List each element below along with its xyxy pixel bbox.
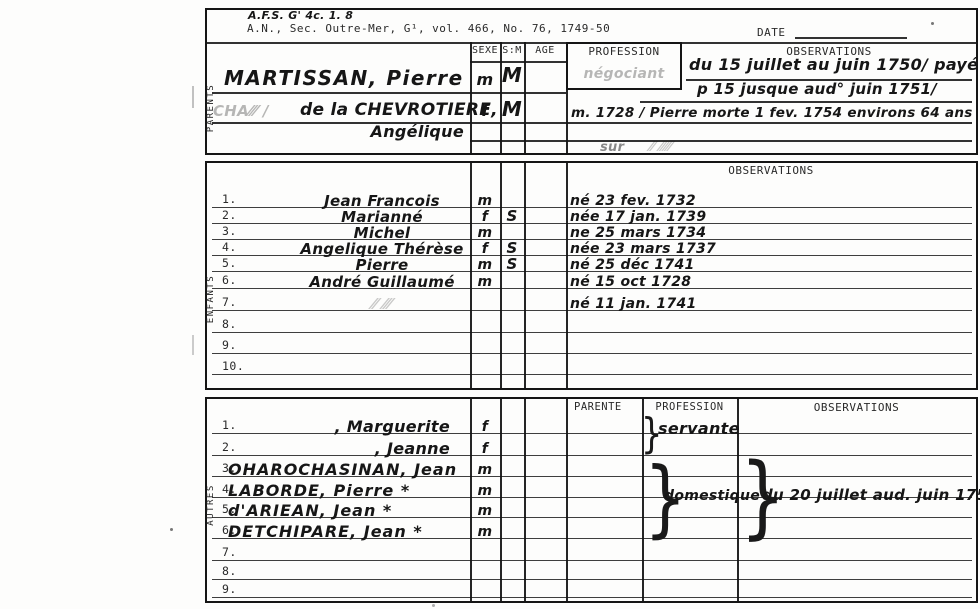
child-name: André Guillaumé: [262, 273, 502, 291]
sexe-value: m: [470, 274, 500, 290]
row-number: 7.: [222, 295, 237, 309]
father-sexe-value: m: [470, 70, 500, 89]
observation-value: né 11 jan. 1741: [570, 296, 697, 312]
row-number: 8.: [222, 564, 237, 578]
row-number: 5.: [222, 256, 237, 270]
table-row-enfant-8: 8.: [212, 315, 972, 333]
col-header-observations-autres: OBSERVATIONS: [737, 401, 976, 414]
obs-rule: [640, 101, 972, 103]
scanned-census-form: A.F.S. G' 4c. 1. 8 A.N., Sec. Outre-Mer,…: [0, 0, 980, 609]
mother-name: de la CHEVROTIERE,: [300, 100, 498, 120]
mother-name-faded-prefix: CHA⁄⁄⁄ /: [213, 102, 269, 120]
sexe-value: m: [470, 524, 500, 540]
row-number: 8.: [222, 317, 237, 331]
mother-observation: m. 1728 / Pierre morte 1 fev. 1754 envir…: [571, 105, 973, 121]
table-row-autre-1: 1. , Marguerite f: [212, 414, 972, 434]
person-name: , Marguerite: [232, 417, 450, 436]
row-number: 1.: [222, 192, 237, 206]
father-name: MARTISSAN, Pierre: [224, 66, 464, 90]
scan-speckle: [432, 604, 435, 607]
profession-group-servante: servante: [658, 419, 740, 438]
table-row-enfant-6: 6. André Guillaumé m né 15 oct 1728: [212, 271, 972, 289]
faint-scribble: ⁄⁄ ⁄⁄⁄⁄⁄: [650, 140, 672, 155]
father-etat-value: M: [500, 63, 524, 87]
person-name: DETCHIPARE, Jean *: [228, 522, 423, 541]
row-number: 2.: [222, 208, 237, 222]
col-header-age: AGE: [524, 45, 566, 56]
stray-mark: [192, 86, 194, 108]
enfants-observations-header: OBSERVATIONS: [566, 164, 976, 177]
col-header-sm: S:M: [500, 45, 524, 56]
sexe-value: f: [470, 419, 500, 435]
rule: [470, 140, 972, 142]
grid-line: [470, 42, 472, 155]
rule: [212, 122, 972, 124]
col-header-parente: PARENTE: [574, 401, 622, 413]
date-label: DATE: [757, 26, 786, 39]
col-header-sexe: SEXE: [470, 45, 500, 56]
date-blank-line: [795, 37, 907, 39]
table-row-autre-7: 7.: [212, 541, 972, 561]
table-row-autre-9: 9.: [212, 578, 972, 598]
table-row-enfant-7: 7. ⁄⁄ ⁄⁄⁄ né 11 jan. 1741: [212, 293, 972, 311]
row-number: 9.: [222, 338, 237, 352]
row-number: 3.: [222, 224, 237, 238]
child-name-faded: ⁄⁄ ⁄⁄⁄: [262, 295, 502, 313]
father-profession-value: négociant: [566, 66, 682, 82]
table-row-autre-3: 3. OHAROCHASINAN, Jean m: [212, 457, 972, 477]
row-number: 6.: [222, 273, 237, 287]
grid-line: [524, 42, 526, 155]
row-number: 10.: [222, 359, 244, 373]
table-row-autre-2: 2. , Jeanne f: [212, 436, 972, 456]
table-row-enfant-9: 9.: [212, 336, 972, 354]
table-row-autre-8: 8.: [212, 560, 972, 580]
sexe-value: f: [470, 441, 500, 457]
faint-note: sur: [600, 140, 624, 155]
sexe-value: m: [470, 503, 500, 519]
table-row-enfant-5: 5. Pierre m S né 25 déc 1741: [212, 254, 972, 272]
archive-ref-handwritten: A.F.S. G' 4c. 1. 8: [248, 9, 353, 22]
sexe-value: m: [470, 462, 500, 478]
father-observation-line2: p 15 jusque aud° juin 1751/: [697, 80, 937, 98]
row-number: 4.: [222, 240, 237, 254]
mother-firstname: Angélique: [358, 122, 464, 141]
archive-ref-typed: A.N., Sec. Outre-Mer, G¹, vol. 466, No. …: [247, 22, 610, 35]
col-header-profession: PROFESSION: [566, 45, 682, 58]
stray-mark: [192, 335, 194, 355]
observation-group-value: du 20 juillet aud. juin 1750: [762, 486, 980, 504]
table-row-autre-6: 6. DETCHIPARE, Jean * m: [212, 519, 972, 539]
sexe-value: m: [470, 483, 500, 499]
table-row-enfant-10: 10.: [212, 357, 972, 375]
person-name: d'ARIEAN, Jean *: [228, 501, 392, 520]
row-number: 9.: [222, 582, 237, 596]
mother-etat-value: M: [500, 97, 524, 121]
person-name: OHAROCHASINAN, Jean: [228, 460, 457, 479]
row-number: 7.: [222, 545, 237, 559]
name-rule: [212, 92, 566, 94]
father-observation-line1: du 15 juillet au juin 1750/ payé: [689, 55, 978, 74]
mother-sexe-value: f: [470, 101, 500, 120]
person-name: , Jeanne: [232, 439, 450, 458]
observation-value: né 15 oct 1728: [570, 274, 691, 290]
scan-speckle: [170, 528, 173, 531]
scan-speckle: [931, 22, 934, 25]
